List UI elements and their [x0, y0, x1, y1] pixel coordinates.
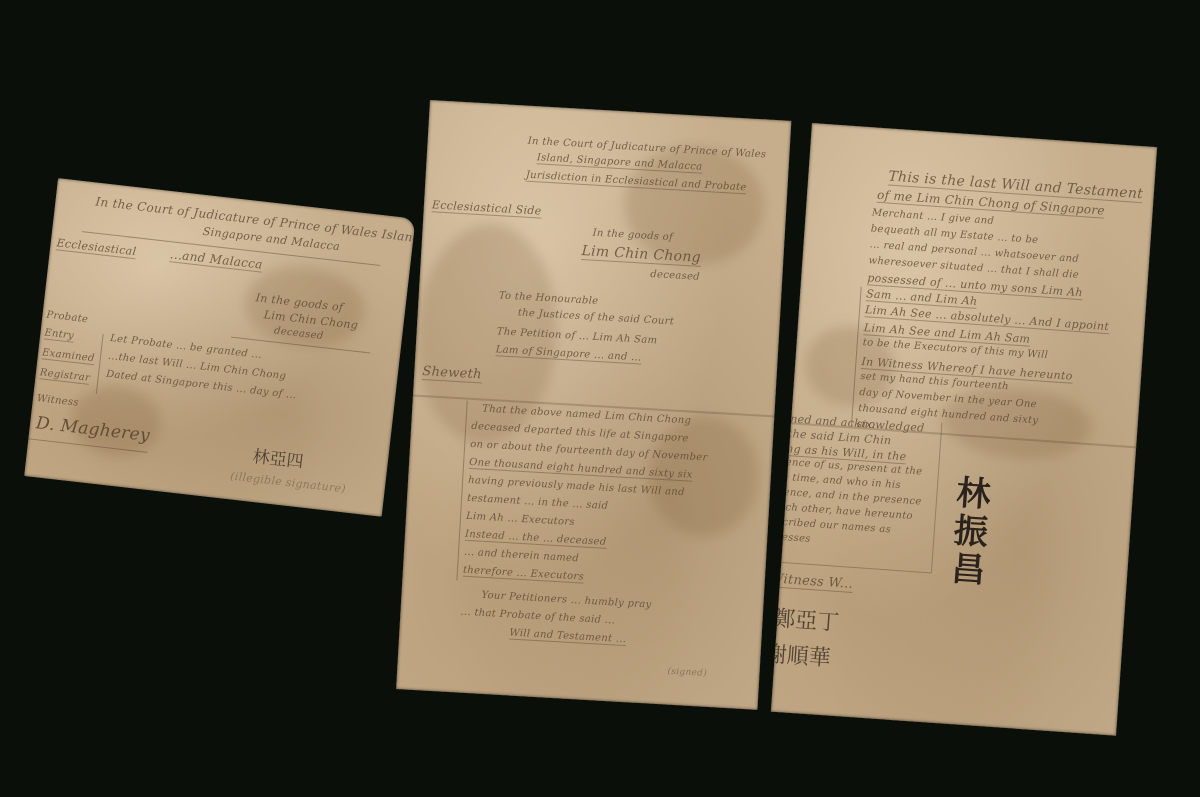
attestation-line: Witnesses [771, 530, 811, 545]
petition-body-line: Instead ... the ... deceased [465, 529, 607, 549]
deceased-label: deceased [650, 269, 700, 283]
faded-signature: (illegible signature) [230, 469, 347, 495]
petition-body-line: Lim Ah ... Executors [466, 511, 575, 528]
witness-signature: Witness W... [771, 571, 854, 593]
witness-chinese-name: 謝順華 [771, 637, 832, 673]
prayer-line: ... that Probate of the said ... [460, 607, 615, 627]
document-last-will: This is the last Will and Testament of m… [771, 123, 1157, 736]
witness-chinese-name: 鄭亞丁 [772, 602, 840, 638]
witness-label: Witness [36, 393, 79, 409]
margin-note: Probate [46, 310, 89, 326]
petition-body-line: testament ... in the ... said [467, 493, 609, 512]
petition-signature: (signed) [667, 667, 707, 679]
petition-body-line: ... and therein named [464, 547, 580, 565]
margin-divider [96, 334, 104, 394]
side-label: Ecclesiastical Side [432, 198, 542, 218]
prayer-line: Your Petitioners ... humbly pray [481, 590, 652, 611]
document-probate-petition: In the Court of Judicature of Prince of … [396, 100, 791, 710]
margin-note-examined: Examined [41, 347, 95, 365]
petition-body-line: therefore ... Executors [463, 565, 585, 584]
attestation-clause: Signed and acknowledged by the said Lim … [771, 410, 943, 573]
document-probate-note: In the Court of Judicature of Prince of … [24, 178, 416, 517]
testator-chinese-signature: 林振昌 [950, 474, 998, 591]
margin-note-entry: Entry [44, 327, 75, 342]
prayer-line: Will and Testament ... [509, 627, 626, 646]
chinese-name-mark: 林亞四 [252, 442, 306, 473]
sheweth-heading: Sheweth [422, 364, 482, 383]
side-label: Ecclesiastical [56, 236, 137, 259]
margin-note-registrar: Registrar [39, 367, 90, 385]
